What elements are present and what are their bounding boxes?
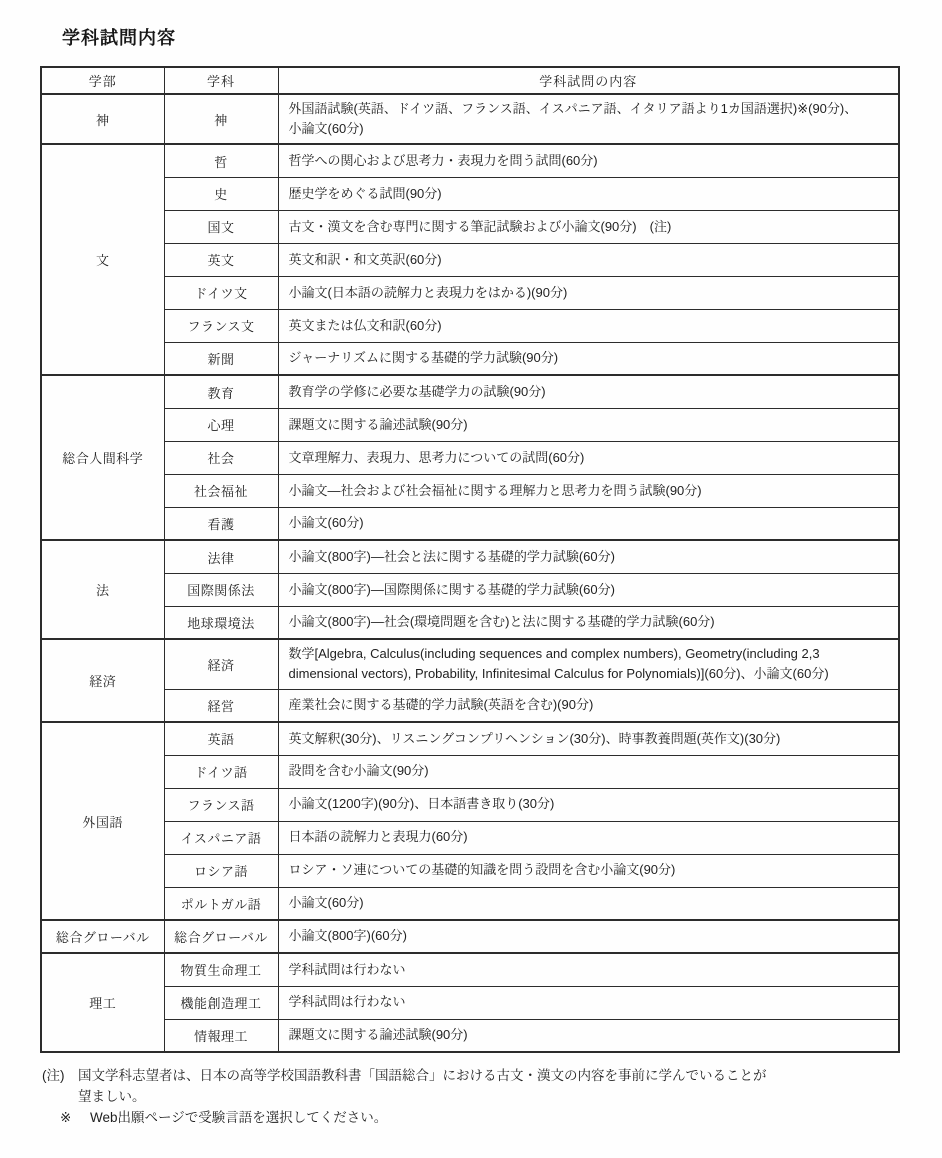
department-cell: 情報理工 [164,1019,278,1052]
document-page: 学科試問内容 学部 学科 学科試問の内容 神神外国語試験(英語、ドイツ語、フラン… [0,0,942,1158]
table-row: 新聞ジャーナリズムに関する基礎的学力試験(90分) [41,342,899,375]
exam-content-cell: ジャーナリズムに関する基礎的学力試験(90分) [278,342,899,375]
exam-content-cell: 小論文(60分) [278,507,899,540]
department-cell: フランス語 [164,788,278,821]
footnote-marker: (注) [42,1066,78,1087]
department-cell: 法律 [164,540,278,573]
department-cell: 国際関係法 [164,573,278,606]
faculty-cell: 経済 [41,639,164,722]
exam-content-cell: 小論文(60分) [278,887,899,920]
department-cell: ドイツ文 [164,276,278,309]
table-row: 社会福祉小論文―社会および社会福祉に関する理解力と思考力を問う試験(90分) [41,474,899,507]
footnote-text: 国文学科志望者は、日本の高等学校国語教科書「国語総合」における古文・漢文の内容を… [78,1066,902,1108]
department-cell: ドイツ語 [164,755,278,788]
table-row: 理工物質生命理工学科試問は行わない [41,953,899,986]
exam-content-cell: 小論文(800字)―社会と法に関する基礎的学力試験(60分) [278,540,899,573]
table-row: 総合グローバル総合グローバル小論文(800字)(60分) [41,920,899,953]
department-cell: イスパニア語 [164,821,278,854]
table-row: 社会文章理解力、表現力、思考力についての試問(60分) [41,441,899,474]
department-cell: 心理 [164,408,278,441]
table-row: ポルトガル語小論文(60分) [41,887,899,920]
department-cell: 新聞 [164,342,278,375]
department-cell: 国文 [164,210,278,243]
department-cell: 社会 [164,441,278,474]
exam-content-cell: 英文和訳・和文英訳(60分) [278,243,899,276]
table-row: 国際関係法小論文(800字)―国際関係に関する基礎的学力試験(60分) [41,573,899,606]
faculty-cell: 総合グローバル [41,920,164,953]
exam-content-cell: 英文または仏文和訳(60分) [278,309,899,342]
table-row: 国文古文・漢文を含む専門に関する筆記試験および小論文(90分) (注) [41,210,899,243]
faculty-cell: 外国語 [41,722,164,920]
table-row: 地球環境法小論文(800字)―社会(環境問題を含む)と法に関する基礎的学力試験(… [41,606,899,639]
faculty-cell: 神 [41,94,164,144]
exam-content-cell: 古文・漢文を含む専門に関する筆記試験および小論文(90分) (注) [278,210,899,243]
exam-content-cell: 外国語試験(英語、ドイツ語、フランス語、イスパニア語、イタリア語より1カ国語選択… [278,94,899,144]
table-row: 神神外国語試験(英語、ドイツ語、フランス語、イスパニア語、イタリア語より1カ国語… [41,94,899,144]
header-department: 学科 [164,67,278,94]
department-cell: ロシア語 [164,854,278,887]
page-title: 学科試問内容 [0,0,942,50]
exam-content-cell: 歴史学をめぐる試問(90分) [278,177,899,210]
department-cell: 総合グローバル [164,920,278,953]
table-row: 文哲哲学への関心および思考力・表現力を問う試問(60分) [41,144,899,177]
department-cell: 英文 [164,243,278,276]
exam-content-cell: 学科試問は行わない [278,986,899,1019]
department-cell: フランス文 [164,309,278,342]
exam-content-cell: 小論文(日本語の読解力と表現力をはかる)(90分) [278,276,899,309]
exam-content-cell: 教育学の学修に必要な基礎学力の試験(90分) [278,375,899,408]
footnote-web-application: ※ Web出願ページで受験言語を選択してください。 [60,1108,902,1129]
exam-content-cell: 小論文(800字)(60分) [278,920,899,953]
department-cell: 地球環境法 [164,606,278,639]
exam-table: 学部 学科 学科試問の内容 神神外国語試験(英語、ドイツ語、フランス語、イスパニ… [40,66,900,1053]
department-cell: 史 [164,177,278,210]
exam-content-cell: 学科試問は行わない [278,953,899,986]
table-row: 外国語英語英文解釈(30分)、リスニングコンプリヘンション(30分)、時事教養問… [41,722,899,755]
footnotes: (注) 国文学科志望者は、日本の高等学校国語教科書「国語総合」における古文・漢文… [42,1066,902,1129]
faculty-cell: 法 [41,540,164,639]
header-row: 学部 学科 学科試問の内容 [41,67,899,94]
header-exam-content: 学科試問の内容 [278,67,899,94]
table-row: 心理課題文に関する論述試験(90分) [41,408,899,441]
footnote-text: Web出願ページで受験言語を選択してください。 [90,1108,902,1129]
table-row: ドイツ文小論文(日本語の読解力と表現力をはかる)(90分) [41,276,899,309]
footnote-kokubun: (注) 国文学科志望者は、日本の高等学校国語教科書「国語総合」における古文・漢文… [42,1066,902,1108]
table-row: フランス語小論文(1200字)(90分)、日本語書き取り(30分) [41,788,899,821]
department-cell: ポルトガル語 [164,887,278,920]
department-cell: 看護 [164,507,278,540]
exam-content-cell: 課題文に関する論述試験(90分) [278,1019,899,1052]
faculty-cell: 理工 [41,953,164,1052]
table-row: 英文英文和訳・和文英訳(60分) [41,243,899,276]
exam-content-cell: 小論文(800字)―社会(環境問題を含む)と法に関する基礎的学力試験(60分) [278,606,899,639]
exam-table-body: 神神外国語試験(英語、ドイツ語、フランス語、イスパニア語、イタリア語より1カ国語… [41,94,899,1052]
exam-content-cell: 設問を含む小論文(90分) [278,755,899,788]
department-cell: 神 [164,94,278,144]
table-row: 史歴史学をめぐる試問(90分) [41,177,899,210]
table-row: フランス文英文または仏文和訳(60分) [41,309,899,342]
table-row: 経済経済数学[Algebra, Calculus(including seque… [41,639,899,689]
footnote-marker: ※ [60,1108,90,1129]
table-row: イスパニア語日本語の読解力と表現力(60分) [41,821,899,854]
department-cell: 機能創造理工 [164,986,278,1019]
department-cell: 物質生命理工 [164,953,278,986]
table-row: 総合人間科学教育教育学の学修に必要な基礎学力の試験(90分) [41,375,899,408]
exam-content-cell: 小論文(1200字)(90分)、日本語書き取り(30分) [278,788,899,821]
table-row: ドイツ語設問を含む小論文(90分) [41,755,899,788]
exam-content-cell: 課題文に関する論述試験(90分) [278,408,899,441]
exam-content-cell: 産業社会に関する基礎的学力試験(英語を含む)(90分) [278,689,899,722]
department-cell: 社会福祉 [164,474,278,507]
header-faculty: 学部 [41,67,164,94]
exam-content-cell: 小論文(800字)―国際関係に関する基礎的学力試験(60分) [278,573,899,606]
exam-content-cell: 英文解釈(30分)、リスニングコンプリヘンション(30分)、時事教養問題(英作文… [278,722,899,755]
exam-table-header: 学部 学科 学科試問の内容 [41,67,899,94]
exam-content-cell: 数学[Algebra, Calculus(including sequences… [278,639,899,689]
exam-content-cell: 文章理解力、表現力、思考力についての試問(60分) [278,441,899,474]
department-cell: 英語 [164,722,278,755]
table-row: 看護小論文(60分) [41,507,899,540]
exam-content-cell: 日本語の読解力と表現力(60分) [278,821,899,854]
table-row: 法法律小論文(800字)―社会と法に関する基礎的学力試験(60分) [41,540,899,573]
department-cell: 哲 [164,144,278,177]
table-row: 経営産業社会に関する基礎的学力試験(英語を含む)(90分) [41,689,899,722]
exam-content-cell: ロシア・ソ連についての基礎的知識を問う設問を含む小論文(90分) [278,854,899,887]
table-row: 機能創造理工学科試問は行わない [41,986,899,1019]
department-cell: 経済 [164,639,278,689]
table-row: ロシア語ロシア・ソ連についての基礎的知識を問う設問を含む小論文(90分) [41,854,899,887]
department-cell: 経営 [164,689,278,722]
exam-content-cell: 小論文―社会および社会福祉に関する理解力と思考力を問う試験(90分) [278,474,899,507]
faculty-cell: 総合人間科学 [41,375,164,540]
table-row: 情報理工課題文に関する論述試験(90分) [41,1019,899,1052]
faculty-cell: 文 [41,144,164,375]
exam-content-cell: 哲学への関心および思考力・表現力を問う試問(60分) [278,144,899,177]
department-cell: 教育 [164,375,278,408]
